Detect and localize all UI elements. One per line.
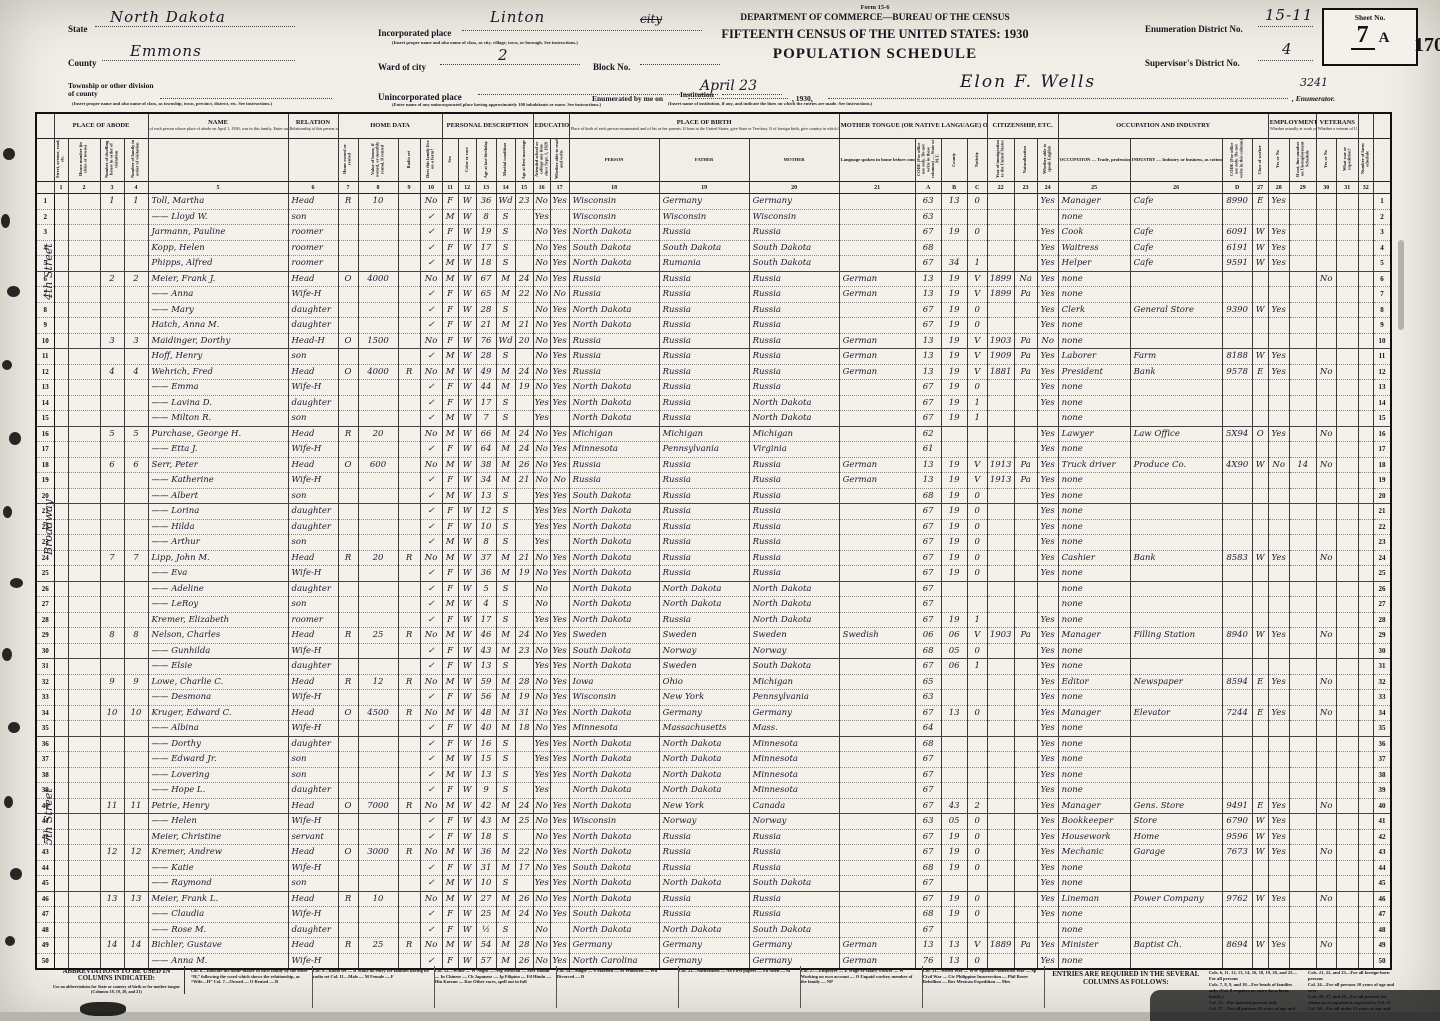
cell-name: —— Lovering xyxy=(148,767,288,783)
cell-ln: 18 xyxy=(36,457,54,473)
cell-immigration xyxy=(987,581,1014,597)
cell-marital: M xyxy=(496,473,515,489)
cell-marital: M xyxy=(496,798,515,814)
cell-class-of-worker xyxy=(1252,876,1268,892)
cell-language: German xyxy=(839,457,915,473)
cell-race: W xyxy=(458,256,476,272)
column-number-25: 25 xyxy=(1058,182,1130,194)
cell-english: Yes xyxy=(1037,240,1058,256)
cell-language: German xyxy=(839,287,915,303)
cell-at-work: Yes xyxy=(1268,240,1289,256)
cell-veteran xyxy=(1316,643,1336,659)
cell-value xyxy=(358,488,398,504)
legend-title-note: Use no abbreviations for State or countr… xyxy=(52,984,181,994)
cell-birthplace-mother: Minnesota xyxy=(749,736,839,752)
cell-birthplace-father: Russia xyxy=(659,457,749,473)
cell-war xyxy=(1336,643,1358,659)
cell-code-c: 0 xyxy=(967,380,987,396)
cell-farm-schedule xyxy=(1358,736,1373,752)
cell-house xyxy=(68,876,100,892)
cell-read-write: Yes xyxy=(550,659,569,675)
cell-at-work: Yes xyxy=(1268,628,1289,644)
cell-english: Yes xyxy=(1037,690,1058,706)
cell-owned xyxy=(338,643,358,659)
cell-owned: R xyxy=(338,628,358,644)
cell-value xyxy=(358,302,398,318)
column-desc-25: OCCUPATION — Trade, profession, or parti… xyxy=(1058,139,1130,182)
cell-immigration xyxy=(987,535,1014,551)
cell-street xyxy=(54,364,68,380)
cell-code-d xyxy=(1222,209,1252,225)
column-number-12: 12 xyxy=(458,182,476,194)
cell-veteran xyxy=(1316,783,1336,799)
cell-relation: Head xyxy=(288,891,338,907)
cell-immigration: 1909 xyxy=(987,349,1014,365)
cell-radio xyxy=(398,829,420,845)
cell-unemployment-line xyxy=(1289,597,1316,613)
cell-birthplace-mother: Russia xyxy=(749,535,839,551)
cell-farm: ✓ xyxy=(420,752,442,768)
cell-birthplace-mother: North Dakota xyxy=(749,612,839,628)
cell-at-work xyxy=(1268,581,1289,597)
census-row: 2477Lipp, John M.HeadR20RNoMW37M21NoYesN… xyxy=(36,550,1391,566)
cell-veteran: No xyxy=(1316,628,1336,644)
cell-immigration xyxy=(987,302,1014,318)
cell-at-work xyxy=(1268,535,1289,551)
cell-code-d xyxy=(1222,721,1252,737)
cell-farm: ✓ xyxy=(420,504,442,520)
cell-naturalization xyxy=(1014,907,1037,923)
cell-occupation: none xyxy=(1058,271,1130,287)
cell-industry: Store xyxy=(1130,814,1222,830)
cell-industry: General Store xyxy=(1130,302,1222,318)
cell-at-work: Yes xyxy=(1268,938,1289,954)
cell-house xyxy=(68,829,100,845)
cell-english: Yes xyxy=(1037,442,1058,458)
cell-english: Yes xyxy=(1037,287,1058,303)
cell-war xyxy=(1336,488,1358,504)
cell-industry xyxy=(1130,318,1222,334)
cell-race: W xyxy=(458,318,476,334)
cell-marital: M xyxy=(496,442,515,458)
census-row: 47—— ClaudiaWife-H✓FW25M24NoYesSouth Dak… xyxy=(36,907,1391,923)
cell-ln: 30 xyxy=(36,643,54,659)
cell-birthplace-person: Wisconsin xyxy=(569,690,659,706)
cell-dwelling xyxy=(100,922,124,938)
cell-name: Purchase, George H. xyxy=(148,426,288,442)
cell-birthplace-father: Michigan xyxy=(659,426,749,442)
cell-birthplace-person: North Dakota xyxy=(569,922,659,938)
cell-value xyxy=(358,318,398,334)
cell-marital: M xyxy=(496,380,515,396)
cell-line-number-right: 37 xyxy=(1373,752,1391,768)
cell-value xyxy=(358,597,398,613)
cell-industry: Bank xyxy=(1130,364,1222,380)
cell-dwelling xyxy=(100,814,124,830)
cell-code-d: 9390 xyxy=(1222,302,1252,318)
cell-immigration: 1899 xyxy=(987,287,1014,303)
cell-age: 13 xyxy=(476,767,496,783)
cell-age: 13 xyxy=(476,659,496,675)
cell-street xyxy=(54,566,68,582)
cell-industry xyxy=(1130,271,1222,287)
cell-birthplace-father: North Dakota xyxy=(659,922,749,938)
cell-birthplace-person: North Dakota xyxy=(569,411,659,427)
cell-relation: son xyxy=(288,488,338,504)
scan-artifact xyxy=(1,214,10,228)
cell-birthplace-mother: Russia xyxy=(749,550,839,566)
cell-street xyxy=(54,674,68,690)
cell-code-d xyxy=(1222,566,1252,582)
cell-dwelling xyxy=(100,643,124,659)
cell-birthplace-person: North Dakota xyxy=(569,752,659,768)
scan-artifact xyxy=(2,648,12,661)
census-row: 1033Maidinger, DorthyHead-HO1500NoFW76Wd… xyxy=(36,333,1391,349)
cell-code-d xyxy=(1222,907,1252,923)
cell-school: No xyxy=(533,550,550,566)
cell-code-c xyxy=(967,581,987,597)
cell-age-married: 21 xyxy=(515,473,533,489)
cell-at-work: No xyxy=(1268,457,1289,473)
cell-english: Yes xyxy=(1037,860,1058,876)
cell-line-number-right: 14 xyxy=(1373,395,1391,411)
cell-industry xyxy=(1130,504,1222,520)
cell-sex: F xyxy=(442,814,458,830)
column-desc-A: CODE (For office use only. Do not write … xyxy=(915,139,941,182)
cell-code-a: 67 xyxy=(915,395,941,411)
cell-language xyxy=(839,225,915,241)
scan-artifact xyxy=(10,578,23,588)
cell-farm: ✓ xyxy=(420,318,442,334)
cell-line-number-right: 20 xyxy=(1373,488,1391,504)
cell-sex: F xyxy=(442,659,458,675)
cell-name: —— Gunhilda xyxy=(148,643,288,659)
cell-occupation: Truck driver xyxy=(1058,457,1130,473)
cell-birthplace-mother: Sweden xyxy=(749,628,839,644)
cell-birthplace-father: Pennsylvania xyxy=(659,442,749,458)
cell-birthplace-mother: Minnesota xyxy=(749,767,839,783)
cell-immigration xyxy=(987,380,1014,396)
cell-war xyxy=(1336,907,1358,923)
cell-naturalization xyxy=(1014,225,1037,241)
cell-language xyxy=(839,504,915,520)
cell-english: Yes xyxy=(1037,535,1058,551)
cell-ln: 15 xyxy=(36,411,54,427)
cell-age: 76 xyxy=(476,333,496,349)
cell-language xyxy=(839,209,915,225)
cell-at-work xyxy=(1268,287,1289,303)
cell-relation: daughter xyxy=(288,318,338,334)
cell-farm: No xyxy=(420,845,442,861)
cell-age-married: 19 xyxy=(515,380,533,396)
cell-birthplace-person: North Dakota xyxy=(569,256,659,272)
cell-immigration xyxy=(987,225,1014,241)
column-number-3: 3 xyxy=(100,182,124,194)
cell-age-married xyxy=(515,829,533,845)
cell-unemployment-line xyxy=(1289,395,1316,411)
cell-school: No xyxy=(533,256,550,272)
cell-sex: M xyxy=(442,209,458,225)
cell-race: W xyxy=(458,364,476,380)
cell-veteran xyxy=(1316,876,1336,892)
cell-relation: servant xyxy=(288,829,338,845)
cell-farm-schedule xyxy=(1358,566,1373,582)
cell-class-of-worker xyxy=(1252,535,1268,551)
legend-column: Col. 14—Single .... S Married .... M Wid… xyxy=(557,966,679,1008)
cell-house xyxy=(68,194,100,210)
cell-radio xyxy=(398,318,420,334)
cell-occupation: none xyxy=(1058,783,1130,799)
cell-name: Maidinger, Dorthy xyxy=(148,333,288,349)
cell-birthplace-person: North Dakota xyxy=(569,535,659,551)
cell-family xyxy=(124,767,148,783)
column-group-blank xyxy=(36,113,54,139)
cell-house xyxy=(68,349,100,365)
cell-war xyxy=(1336,721,1358,737)
cell-industry xyxy=(1130,488,1222,504)
cell-industry xyxy=(1130,860,1222,876)
cell-immigration xyxy=(987,721,1014,737)
cell-unemployment-line xyxy=(1289,473,1316,489)
cell-code-d: 6091 xyxy=(1222,225,1252,241)
cell-school: No xyxy=(533,860,550,876)
cell-code-a: 67 xyxy=(915,380,941,396)
cell-age: 17 xyxy=(476,240,496,256)
cell-read-write: Yes xyxy=(550,814,569,830)
cell-age: 44 xyxy=(476,380,496,396)
census-row: 31—— Elsiedaughter✓FW13SYesYesNorth Dako… xyxy=(36,659,1391,675)
cell-relation: son xyxy=(288,876,338,892)
cell-family: 3 xyxy=(124,333,148,349)
cell-relation: son xyxy=(288,597,338,613)
cell-farm-schedule xyxy=(1358,411,1373,427)
cell-language xyxy=(839,256,915,272)
cell-sex: M xyxy=(442,705,458,721)
cell-code-d: 9491 xyxy=(1222,798,1252,814)
cell-code-d xyxy=(1222,752,1252,768)
cell-class-of-worker xyxy=(1252,488,1268,504)
cell-radio xyxy=(398,721,420,737)
cell-occupation: Lineman xyxy=(1058,891,1130,907)
cell-owned: O xyxy=(338,364,358,380)
cell-school: No xyxy=(533,349,550,365)
cell-farm: ✓ xyxy=(420,783,442,799)
cell-race: W xyxy=(458,535,476,551)
cell-dwelling xyxy=(100,349,124,365)
cell-house xyxy=(68,411,100,427)
cell-occupation: none xyxy=(1058,612,1130,628)
cell-street xyxy=(54,535,68,551)
cell-house xyxy=(68,643,100,659)
cell-english: Yes xyxy=(1037,488,1058,504)
cell-race: W xyxy=(458,845,476,861)
cell-unemployment-line xyxy=(1289,318,1316,334)
cell-age: 64 xyxy=(476,442,496,458)
cell-relation: daughter xyxy=(288,736,338,752)
cell-race: W xyxy=(458,938,476,954)
cell-industry: Garage xyxy=(1130,845,1222,861)
cell-owned xyxy=(338,535,358,551)
cell-value xyxy=(358,256,398,272)
cell-name: Jarmann, Pauline xyxy=(148,225,288,241)
column-desc-16: Attended school or college any time sinc… xyxy=(533,139,550,182)
cell-read-write: Yes xyxy=(550,907,569,923)
cell-school: No xyxy=(533,426,550,442)
cell-relation: Head-H xyxy=(288,333,338,349)
cell-line-number-right: 5 xyxy=(1373,256,1391,272)
cell-code-b: 19 xyxy=(941,395,967,411)
cell-class-of-worker: E xyxy=(1252,798,1268,814)
cell-age: 65 xyxy=(476,287,496,303)
cell-unemployment-line xyxy=(1289,380,1316,396)
column-group-education: EDUCATION xyxy=(533,113,569,139)
cell-farm: No xyxy=(420,426,442,442)
cell-code-b: 13 xyxy=(941,938,967,954)
cell-read-write: Yes xyxy=(550,442,569,458)
cell-street xyxy=(54,581,68,597)
cell-dwelling xyxy=(100,225,124,241)
cell-code-a: 68 xyxy=(915,240,941,256)
cell-occupation: none xyxy=(1058,690,1130,706)
cell-ln: 32 xyxy=(36,674,54,690)
cell-immigration xyxy=(987,736,1014,752)
cell-race: W xyxy=(458,674,476,690)
cell-relation: Wife-H xyxy=(288,566,338,582)
cell-class-of-worker xyxy=(1252,907,1268,923)
cell-birthplace-father: Russia xyxy=(659,907,749,923)
column-group-place-of-birth: PLACE OF BIRTHPlace of birth of each per… xyxy=(569,113,839,139)
cell-street xyxy=(54,519,68,535)
cell-birthplace-person: Minnesota xyxy=(569,442,659,458)
cell-farm: ✓ xyxy=(420,860,442,876)
cell-dwelling xyxy=(100,860,124,876)
cell-birthplace-father: Russia xyxy=(659,860,749,876)
cell-veteran xyxy=(1316,380,1336,396)
cell-dwelling: 6 xyxy=(100,457,124,473)
cell-age-married: 24 xyxy=(515,364,533,380)
township-label: Township or other division of county xyxy=(68,82,158,99)
cell-code-a: 61 xyxy=(915,442,941,458)
column-number-14: 14 xyxy=(496,182,515,194)
cell-relation: son xyxy=(288,752,338,768)
census-row: 1866Serr, PeterHeadO600NoMW38M26NoYesRus… xyxy=(36,457,1391,473)
cell-class-of-worker: E xyxy=(1252,364,1268,380)
cell-ln: 33 xyxy=(36,690,54,706)
cell-age-married xyxy=(515,225,533,241)
form-number: Form 15-6 xyxy=(700,4,1050,11)
cell-birthplace-mother: South Dakota xyxy=(749,240,839,256)
cell-at-work xyxy=(1268,395,1289,411)
cell-school: No xyxy=(533,473,550,489)
cell-english: Yes xyxy=(1037,674,1058,690)
cell-family xyxy=(124,535,148,551)
cell-read-write xyxy=(550,783,569,799)
cell-radio xyxy=(398,907,420,923)
cell-owned xyxy=(338,690,358,706)
cell-english: Yes xyxy=(1037,194,1058,210)
cell-occupation: none xyxy=(1058,209,1130,225)
cell-class-of-worker: O xyxy=(1252,426,1268,442)
cell-owned xyxy=(338,256,358,272)
cell-marital: M xyxy=(496,318,515,334)
cell-dwelling: 7 xyxy=(100,550,124,566)
cell-name: Wehrich, Fred xyxy=(148,364,288,380)
cell-war xyxy=(1336,597,1358,613)
cell-code-d xyxy=(1222,860,1252,876)
cell-relation: Wife-H xyxy=(288,690,338,706)
cell-code-a: 13 xyxy=(915,333,941,349)
cell-age-married xyxy=(515,349,533,365)
cell-relation: son xyxy=(288,411,338,427)
cell-immigration xyxy=(987,550,1014,566)
cell-code-a: 67 xyxy=(915,225,941,241)
cell-farm-schedule xyxy=(1358,488,1373,504)
cell-at-work xyxy=(1268,736,1289,752)
cell-radio xyxy=(398,457,420,473)
cell-unemployment-line xyxy=(1289,426,1316,442)
cell-code-b: 19 xyxy=(941,473,967,489)
cell-sex: F xyxy=(442,225,458,241)
cell-name: Meier, Christine xyxy=(148,829,288,845)
cell-age-married xyxy=(515,767,533,783)
cell-line-number-right: 32 xyxy=(1373,674,1391,690)
enumeration-district-label: Enumeration District No. xyxy=(1145,24,1243,34)
cell-unemployment-line xyxy=(1289,442,1316,458)
cell-immigration xyxy=(987,798,1014,814)
cell-naturalization xyxy=(1014,504,1037,520)
cell-birthplace-father: Wisconsin xyxy=(659,209,749,225)
cell-school: No xyxy=(533,380,550,396)
cell-age-married xyxy=(515,876,533,892)
cell-birthplace-father: North Dakota xyxy=(659,581,749,597)
cell-occupation: Manager xyxy=(1058,194,1130,210)
cell-radio xyxy=(398,411,420,427)
cell-age: 38 xyxy=(476,457,496,473)
cell-veteran xyxy=(1316,612,1336,628)
cell-at-work xyxy=(1268,209,1289,225)
cell-house xyxy=(68,845,100,861)
cell-english: Yes xyxy=(1037,395,1058,411)
cell-radio xyxy=(398,643,420,659)
cell-class-of-worker: W xyxy=(1252,829,1268,845)
cell-war xyxy=(1336,581,1358,597)
column-number-4: 4 xyxy=(124,182,148,194)
cell-owned xyxy=(338,302,358,318)
cell-house xyxy=(68,488,100,504)
cell-birthplace-father: Ohio xyxy=(659,674,749,690)
cell-line-number-right: 24 xyxy=(1373,550,1391,566)
cell-family xyxy=(124,519,148,535)
cell-name: Kruger, Edward C. xyxy=(148,705,288,721)
cell-farm-schedule xyxy=(1358,473,1373,489)
cell-language xyxy=(839,814,915,830)
cell-class-of-worker: W xyxy=(1252,814,1268,830)
census-sheet-page: State North Dakota County Emmons Townshi… xyxy=(0,0,1440,1021)
cell-birthplace-father: Massachusetts xyxy=(659,721,749,737)
cell-birthplace-mother: Russia xyxy=(749,302,839,318)
cell-radio xyxy=(398,209,420,225)
cell-street xyxy=(54,628,68,644)
column-number-11: 11 xyxy=(442,182,458,194)
cell-street xyxy=(54,550,68,566)
cell-age: 56 xyxy=(476,690,496,706)
cell-line-number-right: 40 xyxy=(1373,798,1391,814)
column-number-31: 31 xyxy=(1336,182,1358,194)
cell-unemployment-line xyxy=(1289,798,1316,814)
cell-value xyxy=(358,411,398,427)
cell-naturalization xyxy=(1014,721,1037,737)
cell-code-c: 0 xyxy=(967,488,987,504)
